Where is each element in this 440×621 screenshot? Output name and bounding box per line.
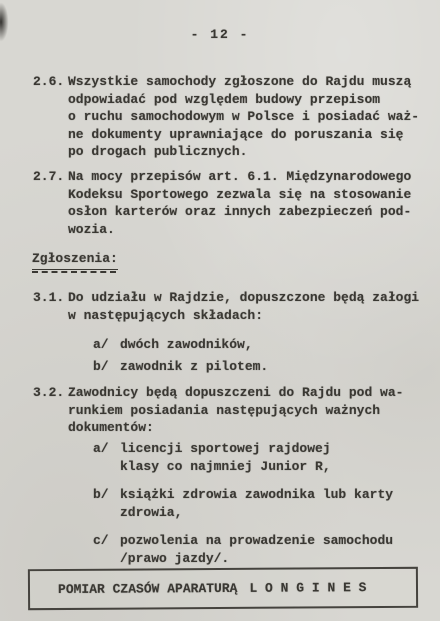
clause-2-7-number: 2.7. [33, 168, 68, 238]
subitem-3-1-a: a/ dwóch zawodników, [93, 336, 253, 354]
clause-3-2-text: Zawodnicy będą dopuszczeni do Rajdu pod … [68, 384, 403, 437]
subitem-3-2-b: b/ książki zdrowia zawodnika lub karty z… [93, 486, 393, 521]
clause-3-1-number: 3.1. [33, 289, 68, 324]
subitem-3-1-b-letter: b/ [93, 358, 120, 376]
subitem-3-2-b-letter: b/ [93, 486, 120, 521]
document-page: - 12 - 2.6. Wszystkie samochody zgłoszon… [0, 0, 440, 621]
subitem-3-2-c-text: pozwolenia na prowadzenie samochodu /pra… [120, 532, 393, 567]
page-number: - 12 - [0, 26, 440, 44]
clause-3-2-number: 3.2. [33, 384, 68, 437]
clause-2-6: 2.6. Wszystkie samochody zgłoszone do Ra… [33, 73, 419, 161]
subitem-3-2-b-text: książki zdrowia zawodnika lub karty zdro… [120, 486, 393, 521]
clause-2-7-text: Na mocy przepisów art. 6.1. Międzynarodo… [68, 168, 411, 238]
clause-2-6-number: 2.6. [33, 73, 68, 161]
section-heading-zgloszenia: Zgłoszenia: [32, 250, 118, 270]
subitem-3-2-a-text: licencji sportowej rajdowej klasy co naj… [120, 440, 331, 475]
section-heading-text: Zgłoszenia: [32, 250, 118, 270]
subitem-3-1-a-text: dwóch zawodników, [120, 336, 253, 354]
subitem-3-2-c-letter: c/ [93, 532, 120, 567]
timing-label: POMIAR CZASÓW APARATURĄ [58, 580, 238, 599]
subitem-3-2-c: c/ pozwolenia na prowadzenie samochodu /… [93, 532, 393, 567]
clause-2-7: 2.7. Na mocy przepisów art. 6.1. Międzyn… [33, 168, 411, 238]
timing-equipment-box: POMIAR CZASÓW APARATURĄ L O N G I N E S [28, 567, 418, 610]
subitem-3-1-b-text: zawodnik z pilotem. [120, 358, 268, 376]
subitem-3-2-a-letter: a/ [93, 440, 120, 475]
clause-2-6-text: Wszystkie samochody zgłoszone do Rajdu m… [68, 73, 419, 161]
clause-3-2: 3.2. Zawodnicy będą dopuszczeni do Rajdu… [33, 384, 403, 437]
longines-brand: L O N G I N E S [249, 579, 366, 597]
subitem-3-2-a: a/ licencji sportowej rajdowej klasy co … [93, 440, 331, 475]
subitem-3-1-b: b/ zawodnik z pilotem. [93, 358, 268, 376]
clause-3-1: 3.1. Do udziału w Rajdzie, dopuszczone b… [33, 289, 419, 324]
clause-3-1-text: Do udziału w Rajdzie, dopuszczone będą z… [68, 289, 419, 324]
subitem-3-1-a-letter: a/ [93, 336, 120, 354]
